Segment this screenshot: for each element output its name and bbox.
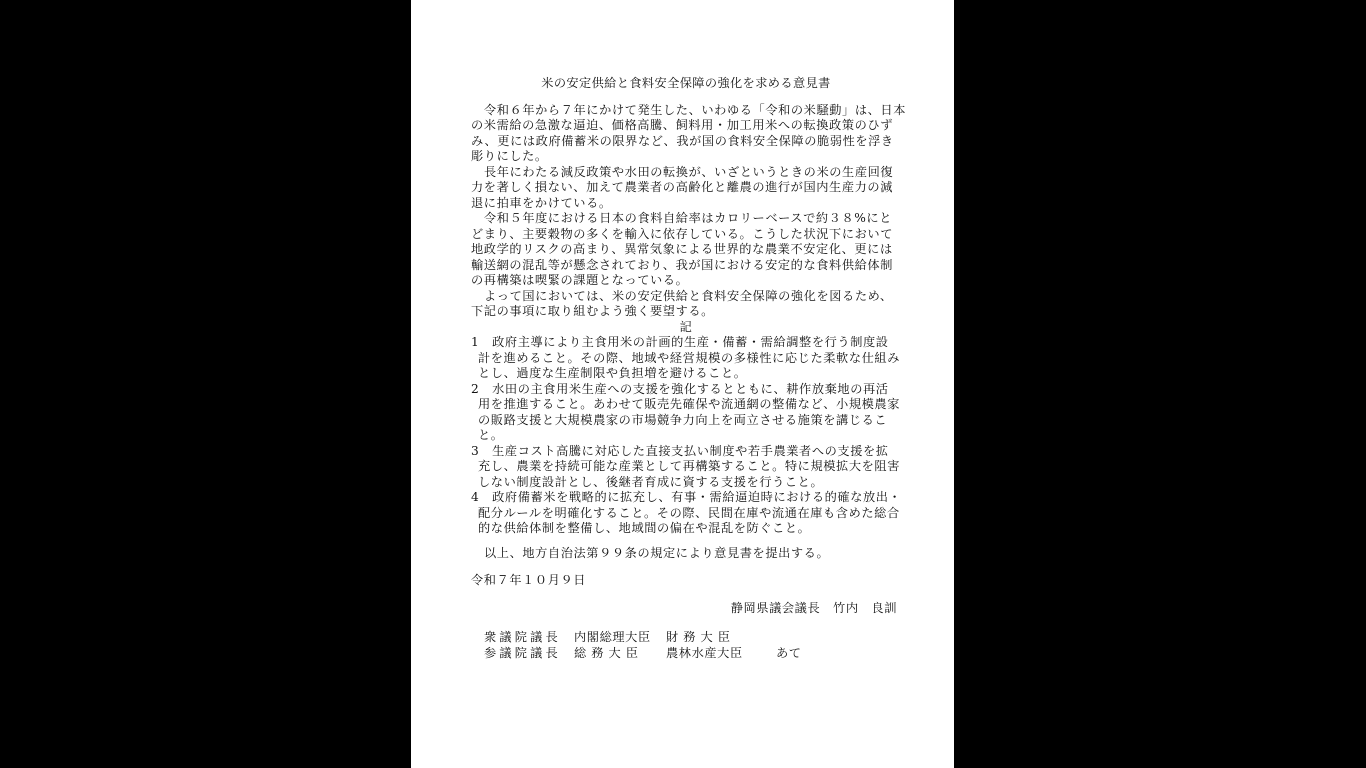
addressee: 内閣総理大臣: [574, 630, 666, 646]
text-line: 力を著しく損ない、加えて農業者の高齢化と離農の進行が国内生産力の減: [471, 180, 901, 196]
item-line: とし、過度な生産制限や負担増を避けること。: [471, 366, 901, 382]
item-line: 計を進めること。その際、地域や経営規模の多様性に応じた柔軟な仕組み: [471, 351, 901, 367]
text-line: 退に拍車をかけている。: [471, 196, 901, 212]
item-line: 充し、農業を持続可能な産業として再構築すること。特に規模拡大を阻害: [471, 459, 901, 475]
addressee: 農林水産大臣: [666, 646, 776, 662]
paragraph-1: 令和６年から７年にかけて発生した、いわゆる「令和の米騒動」は、日本 の米需給の急…: [471, 103, 901, 165]
item-line: 用を推進すること。あわせて販売先確保や流通網の整備など、小規模農家: [471, 397, 901, 413]
item-line: 配分ルールを明確化すること。その際、民間在庫や流通在庫も含めた総合: [471, 506, 901, 522]
text-line: 彫りにした。: [471, 149, 901, 165]
ki-heading: 記: [471, 320, 901, 336]
text-line: 令和５年度における日本の食料自給率はカロリーベースで約３８%にと: [471, 211, 901, 227]
addressee-row-1: 衆議院議長 内閣総理大臣 財 務 大 臣: [484, 630, 901, 646]
item-line: 3 生産コスト高騰に対応した直接支払い制度や若手農業者への支援を拡: [471, 444, 901, 460]
addressee: 参議院議長: [484, 646, 574, 662]
text-line: よって国においては、米の安定供給と食料安全保障の強化を図るため、: [471, 289, 901, 305]
addressee-suffix: あて: [776, 646, 802, 662]
item-2: 2 水田の主食用米生産への支援を強化するとともに、耕作放棄地の再活 用を推進する…: [471, 382, 901, 444]
addressee: 総 務 大 臣: [574, 646, 666, 662]
text-line: の再構築は喫緊の課題となっている。: [471, 273, 901, 289]
item-line: しない制度設計とし、後継者育成に資する支援を行うこと。: [471, 475, 901, 491]
document-date: 令和７年１０月９日: [471, 573, 901, 589]
item-line: と。: [471, 428, 901, 444]
closing-statement: 以上、地方自治法第９９条の規定により意見書を提出する。: [471, 546, 901, 562]
text-line: 輸送網の混乱等が懸念されており、我が国における安定的な食料供給体制: [471, 258, 901, 274]
document-content: 米の安定供給と食料安全保障の強化を求める意見書 令和６年から７年にかけて発生した…: [471, 76, 901, 661]
text-line: 地政学的リスクの高まり、異常気象による世界的な農業不安定化、更には: [471, 242, 901, 258]
addressee: 財 務 大 臣: [666, 630, 776, 646]
paragraph-3: 令和５年度における日本の食料自給率はカロリーベースで約３８%にと どまり、主要穀…: [471, 211, 901, 289]
text-line: の米需給の急激な逼迫、価格高騰、飼料用・加工用米への転換政策のひず: [471, 118, 901, 134]
text-line: 長年にわたる減反政策や水田の転換が、いざというときの米の生産回復: [471, 165, 901, 181]
item-1: 1 政府主導により主食用米の計画的生産・備蓄・需給調整を行う制度設 計を進めるこ…: [471, 335, 901, 382]
text-line: どまり、主要穀物の多くを輸入に依存している。こうした状況下において: [471, 227, 901, 243]
document-title: 米の安定供給と食料安全保障の強化を求める意見書: [471, 76, 901, 92]
paragraph-4: よって国においては、米の安定供給と食料安全保障の強化を図るため、 下記の事項に取…: [471, 289, 901, 320]
item-3: 3 生産コスト高騰に対応した直接支払い制度や若手農業者への支援を拡 充し、農業を…: [471, 444, 901, 491]
document-page: 米の安定供給と食料安全保障の強化を求める意見書 令和６年から７年にかけて発生した…: [411, 0, 954, 768]
text-line: 下記の事項に取り組むよう強く要望する。: [471, 304, 901, 320]
item-line: 1 政府主導により主食用米の計画的生産・備蓄・需給調整を行う制度設: [471, 335, 901, 351]
item-line: 4 政府備蓄米を戦略的に拡充し、有事・需給逼迫時における的確な放出・: [471, 490, 901, 506]
item-line: の販路支援と大規模農家の市場競争力向上を両立させる施策を講じるこ: [471, 413, 901, 429]
addressees: 衆議院議長 内閣総理大臣 財 務 大 臣 参議院議長 総 務 大 臣 農林水産大…: [471, 630, 901, 661]
signatory: 静岡県議会議長 竹内 良訓: [471, 601, 901, 617]
item-line: 的な供給体制を整備し、地域間の偏在や混乱を防ぐこと。: [471, 521, 901, 537]
paragraph-2: 長年にわたる減反政策や水田の転換が、いざというときの米の生産回復 力を著しく損な…: [471, 165, 901, 212]
text-line: み、更には政府備蓄米の限界など、我が国の食料安全保障の脆弱性を浮き: [471, 134, 901, 150]
addressee: 衆議院議長: [484, 630, 574, 646]
addressee-row-2: 参議院議長 総 務 大 臣 農林水産大臣 あて: [484, 646, 901, 662]
text-line: 令和６年から７年にかけて発生した、いわゆる「令和の米騒動」は、日本: [471, 103, 901, 119]
item-line: 2 水田の主食用米生産への支援を強化するとともに、耕作放棄地の再活: [471, 382, 901, 398]
item-4: 4 政府備蓄米を戦略的に拡充し、有事・需給逼迫時における的確な放出・ 配分ルール…: [471, 490, 901, 537]
